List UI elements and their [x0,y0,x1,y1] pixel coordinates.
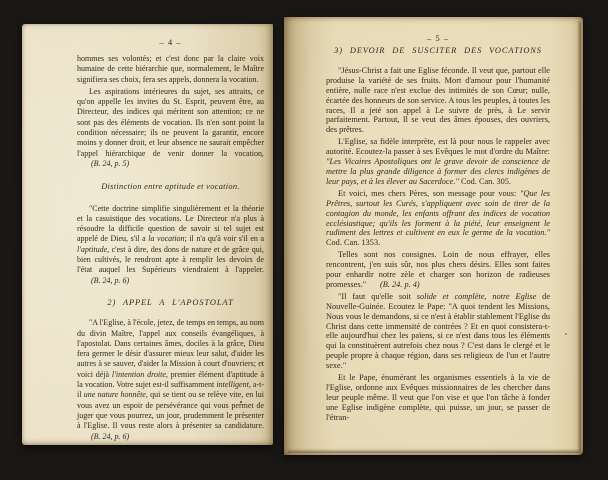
text-run: Cod. Can. 1353. [326,238,380,247]
text-run: l'aptitude [77,245,107,254]
paragraph: hommes ses volontés; et c'est donc par l… [77,54,264,85]
paragraph: Telles sont nos consignes. Loin de nous … [326,250,550,290]
text-run: ; il n'a qu'à voir s'il en a [185,234,264,243]
text-run: hommes ses volontés; et c'est donc par l… [77,54,264,84]
paper-speck [565,333,567,335]
paragraph: Les aspirations intérieures du sujet, se… [77,87,264,169]
book-scan: – 4 – hommes ses volontés; et c'est donc… [0,0,608,480]
text-run: Et le Pape, énumérant les organismes ess… [326,373,550,422]
text-run: une nature honnête [84,390,146,399]
text-run: Cod. Can. 305. [459,177,511,186]
paragraph: Et le Pape, énumérant les organismes ess… [326,373,550,423]
text-run: 3) DEVOIR DE SUSCITER DES VOCATIONS [334,46,542,55]
page-left: – 4 – hommes ses volontés; et c'est donc… [22,24,273,445]
text-run: Distinction entre aptitude et vocation. [101,182,240,191]
text-run: Telles sont nos consignes. Loin de nous … [326,250,550,289]
source-reference: (B. 24, p. 6) [91,276,129,285]
text-run: Les aspirations intérieures du sujet, se… [77,87,264,158]
source-reference: (B. 24, p. 6) [91,432,129,441]
section-heading: 2) APPEL A L'APOSTOLAT [77,298,264,308]
page-number-left: – 4 – [77,37,264,48]
text-run: L'Eglise, sa fidèle interprète, est là p… [326,137,550,156]
text-run: solide et complète, notre Eglise [417,292,536,301]
page-right-content: – 5 – 3) DEVOIR DE SUSCITER DES VOCATION… [326,33,550,423]
paragraph: "A l'Eglise, à l'école, jetez, de temps … [77,318,264,442]
page-body-left: hommes ses volontés; et c'est donc par l… [77,54,264,442]
text-run: intelligent [216,380,248,389]
text-run: Et voici, mes chers Pères, son message p… [338,189,520,198]
page-body-right: 3) DEVOIR DE SUSCITER DES VOCATIONS"Jésu… [326,46,550,423]
page-number-right: – 5 – [326,33,550,44]
text-run: de Nouvelle-Guinée. Ecoutez le Pape: "A … [326,292,550,370]
source-reference: (B. 24. p. 4) [380,280,420,289]
paper-speck [240,401,242,403]
paragraph: L'Eglise, sa fidèle interprète, est là p… [326,137,550,187]
paragraph: Et voici, mes chers Pères, son message p… [326,189,550,248]
text-run: la vocation [148,234,184,243]
section-heading: Distinction entre aptitude et vocation. [77,182,264,192]
text-run: l'intention droite [112,370,166,379]
text-run: "Les Vicaires Apostoliques ont le grave … [326,157,550,186]
page-right: – 5 – 3) DEVOIR DE SUSCITER DES VOCATION… [284,17,583,455]
paper-speck [261,156,263,157]
paragraph: "Il faut qu'elle soit solide et complète… [326,292,550,371]
page-left-content: – 4 – hommes ses volontés; et c'est donc… [77,37,264,442]
text-run: "Jésus-Christ a fait une Eglise féconde.… [326,66,550,134]
source-reference: (B. 24, p. 5) [91,159,129,168]
section-heading: 3) DEVOIR DE SUSCITER DES VOCATIONS [326,46,550,56]
text-run: 2) APPEL A L'APOSTOLAT [107,298,233,307]
text-run: "Il faut qu'elle soit [338,292,417,301]
paragraph: "Cette doctrine simplifie singulièrement… [77,204,264,286]
paragraph: "Jésus-Christ a fait une Eglise féconde.… [326,66,550,135]
